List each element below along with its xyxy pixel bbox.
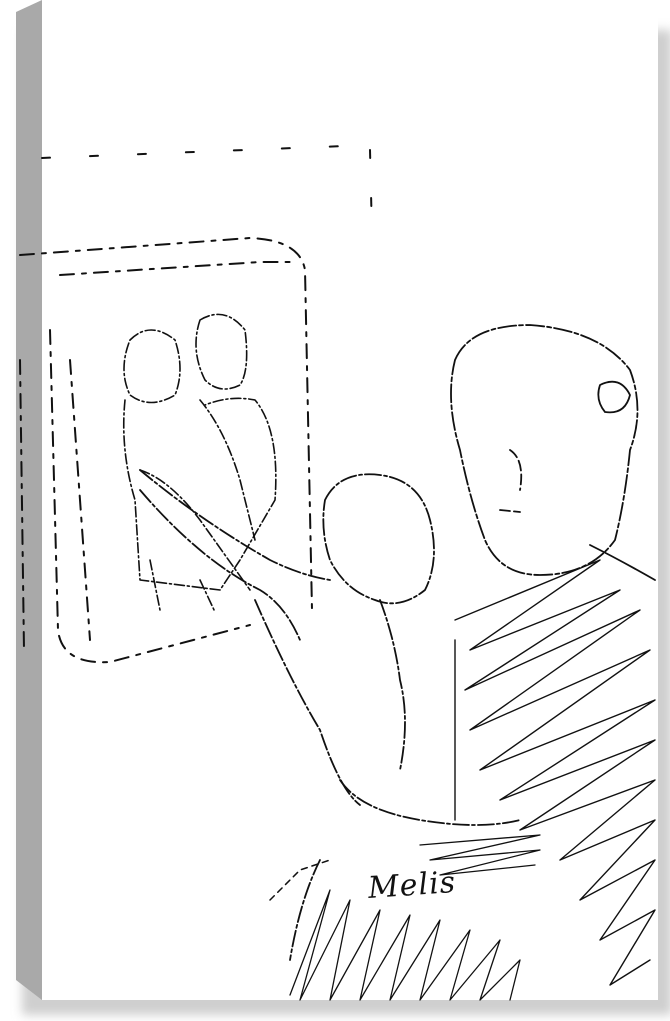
canvas-side-edge bbox=[16, 0, 42, 1000]
canvas-face bbox=[42, 0, 658, 1000]
artist-signature: Melis bbox=[367, 865, 457, 906]
canvas-print: Melis bbox=[0, 0, 670, 1021]
